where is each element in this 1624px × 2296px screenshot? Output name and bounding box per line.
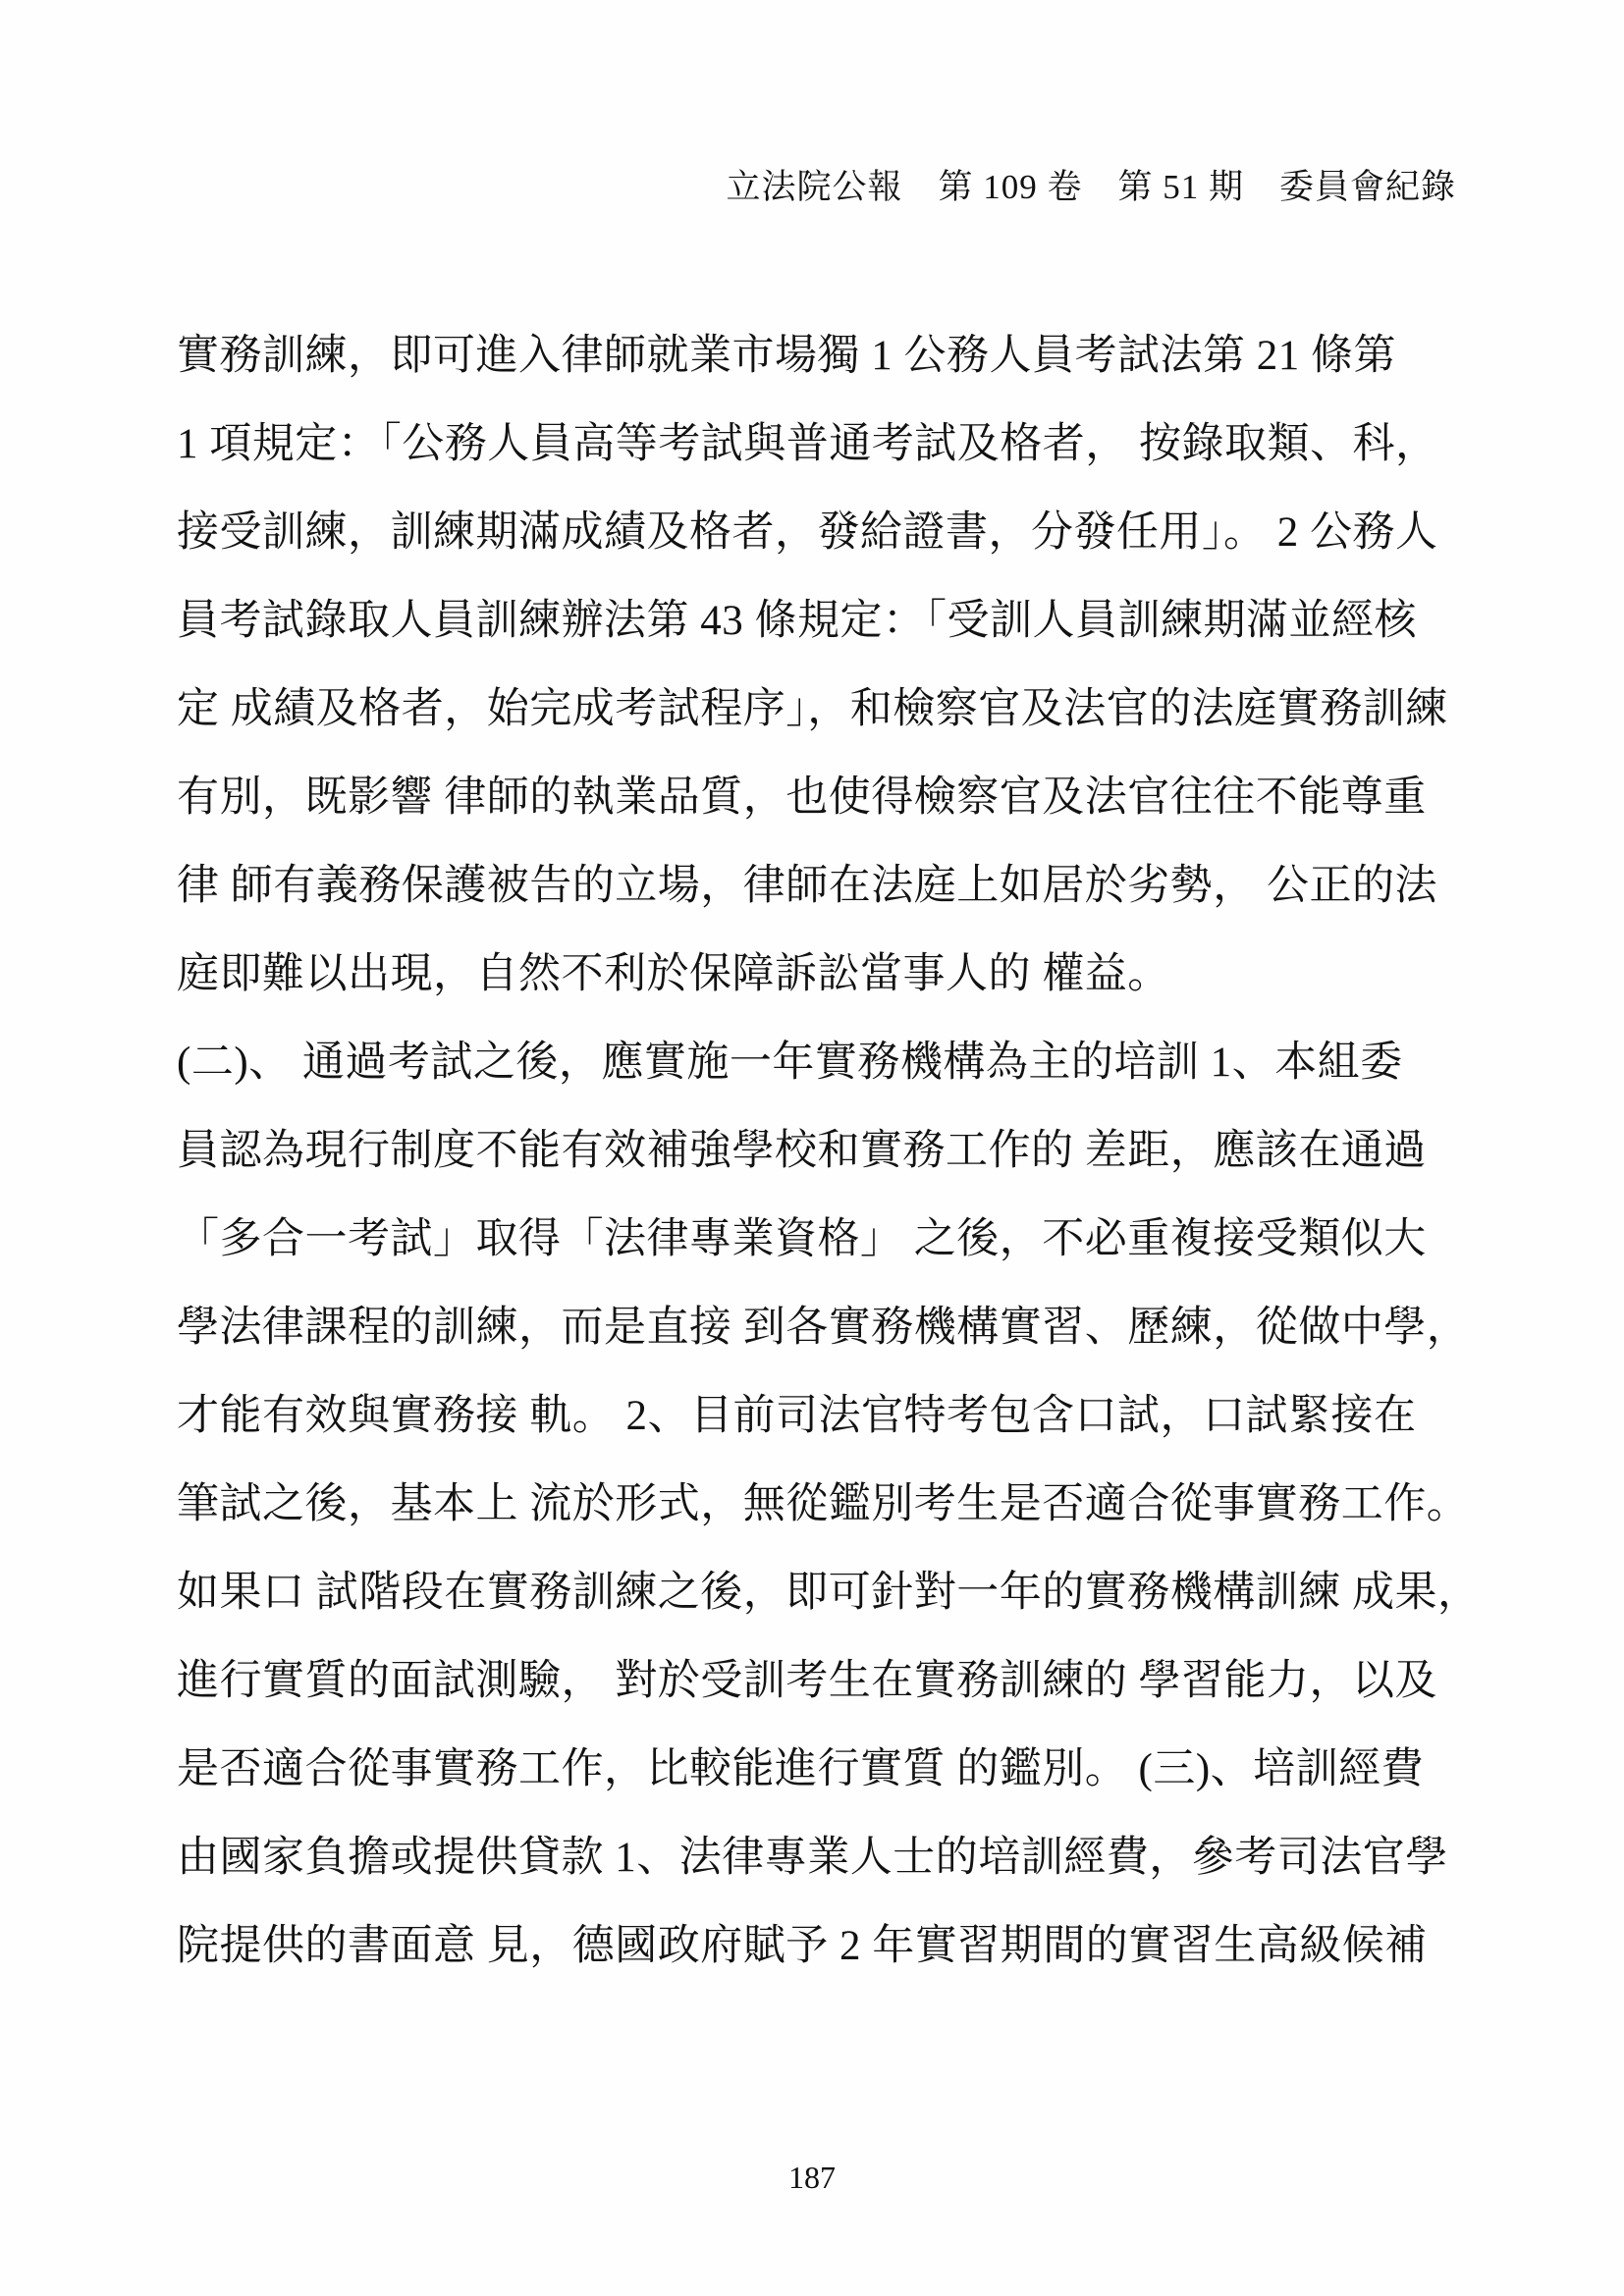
- text-line: 如果口 試階段在實務訓練之後，即可針對一年的實務機構訓練 成果，: [177, 1549, 1459, 1637]
- text-line: 員認為現行制度不能有效補強學校和實務工作的 差距，應該在通過: [177, 1107, 1459, 1196]
- text-line: (二)、 通過考試之後，應實施一年實務機構為主的培訓 1、本組委: [177, 1019, 1459, 1107]
- text-line: 有別，既影響 律師的執業品質，也使得檢察官及法官往往不能尊重: [177, 754, 1459, 842]
- gazette-header: 立法院公報 第 109 卷 第 51 期 委員會紀錄: [0, 160, 1456, 209]
- text-line: 1 項規定：「公務人員高等考試與普通考試及格者， 按錄取類、科，: [177, 400, 1459, 489]
- text-line: 進行實質的面試測驗， 對於受訓考生在實務訓練的 學習能力，以及: [177, 1637, 1459, 1726]
- text-line: 定 成績及格者，始完成考試程序」，和檢察官及法官的法庭實務訓練: [177, 666, 1459, 754]
- text-line: 由國家負擔或提供貸款 1、法律專業人士的培訓經費，參考司法官學: [177, 1814, 1459, 1902]
- text-line: 員考試錄取人員訓練辦法第 43 條規定：「受訓人員訓練期滿並經核: [177, 577, 1459, 666]
- text-line: 「多合一考試」取得「法律專業資格」 之後，不必重複接受類似大: [177, 1196, 1459, 1284]
- text-line: 學法律課程的訓練，而是直接 到各實務機構實習、歷練，從做中學，: [177, 1284, 1459, 1372]
- text-line: 才能有效與實務接 軌。 2、目前司法官特考包含口試，口試緊接在: [177, 1372, 1459, 1461]
- text-line: 實務訓練，即可進入律師就業市場獨 1 公務人員考試法第 21 條第: [177, 312, 1459, 400]
- text-line: 接受訓練，訓練期滿成績及格者，發給證書，分發任用」。 2 公務人: [177, 489, 1459, 577]
- text-line: 律 師有義務保護被告的立場，律師在法庭上如居於劣勢， 公正的法: [177, 842, 1459, 931]
- page-number: 187: [0, 2160, 1624, 2196]
- text-line: 院提供的書面意 見，德國政府賦予 2 年實習期間的實習生高級候補: [177, 1902, 1459, 1991]
- document-page: 立法院公報 第 109 卷 第 51 期 委員會紀錄 實務訓練，即可進入律師就業…: [0, 0, 1624, 2296]
- text-line: 筆試之後，基本上 流於形式，無從鑑別考生是否適合從事實務工作。: [177, 1461, 1459, 1549]
- text-line: 庭即難以出現，自然不利於保障訴訟當事人的 權益。: [177, 931, 1459, 1019]
- text-line: 是否適合從事實務工作，比較能進行實質 的鑑別。 (三)、培訓經費: [177, 1726, 1459, 1814]
- document-body: 實務訓練，即可進入律師就業市場獨 1 公務人員考試法第 21 條第 1 項規定：…: [177, 312, 1459, 1991]
